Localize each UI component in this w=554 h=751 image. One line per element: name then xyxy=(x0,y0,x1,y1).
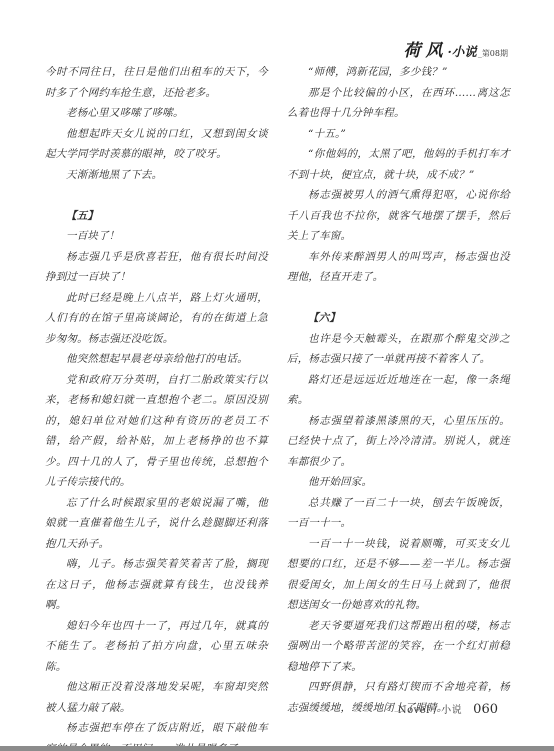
story-paragraph: 党和政府万分英明，自打二胎政策实行以来，老杨和媳妇就一直想抱个老二。原因没别的，… xyxy=(45,370,268,493)
story-paragraph: 那是个比较偏的小区，在西环……离这怎么着也得十几分钟车程。 xyxy=(287,83,510,124)
page-number: 060 xyxy=(473,702,498,717)
story-paragraph: 一百一十一块钱，说着顺嘴，可买支女儿想要的口红，还是不够——差一半儿。杨志强很爱… xyxy=(287,534,510,616)
section-heading: 【五】 xyxy=(45,185,268,226)
header-issue-label: _第08期 xyxy=(478,48,508,59)
story-paragraph: “十五。” xyxy=(287,124,510,145)
story-paragraph: 今时不同往日，往日是他们出租车的天下，今时多了个网约车抢生意，还抢老多。 xyxy=(45,62,268,103)
story-paragraph: 杨志强望着漆黑漆黑的天，心里压压的。已经快十点了，街上冷冷清清。别说人，就连车都… xyxy=(287,411,510,473)
story-paragraph: 嗨，儿子。杨志强笑着笑着苦了脸，搁现在这日子，他杨志强就算有钱生，也没钱养啊。 xyxy=(45,554,268,616)
story-paragraph: 天渐渐地黑了下去。 xyxy=(45,165,268,186)
page-footer: Novel / 小说 060 xyxy=(398,698,498,717)
right-column: “师傅，鸿新花园，多少钱？”那是个比较偏的小区，在西环……离这怎么着也得十几分钟… xyxy=(287,62,510,751)
footer-section-label: Novel / 小说 xyxy=(398,705,462,716)
story-paragraph: “你他妈的，太黑了吧，他妈的手机打车才不到十块，便宜点，就十块，成不成？” xyxy=(287,144,510,185)
story-paragraph: 老天爷要逼死我们这帮跑出租的喽，杨志强咧出一个略带苦涩的笑容，在一个红灯前稳稳地… xyxy=(287,616,510,678)
story-paragraph: 他突然想起早晨老母亲给他打的电话。 xyxy=(45,349,268,370)
story-paragraph: 此时已经是晚上八点半，路上灯火通明，人们有的在馆子里高谈阔论，有的在街道上急步匆… xyxy=(45,288,268,350)
left-column: 今时不同往日，往日是他们出租车的天下，今时多了个网约车抢生意，还抢老多。老杨心里… xyxy=(45,62,268,751)
story-paragraph: 媳妇今年也四十一了，再过几年，就真的不能生了。老杨拍了拍方向盘，心里五味杂陈。 xyxy=(45,616,268,678)
page-bottom-edge xyxy=(0,746,554,751)
header-section-label: ·小说 xyxy=(447,42,476,60)
story-paragraph: 他这厢正没着没落地发呆呢，车窗却突然被人猛力敲了敲。 xyxy=(45,677,268,718)
story-paragraph: 杨志强被男人的酒气熏得犯呕，心说你给千八百我也不拉你，就客气地摆了摆手，然后关上… xyxy=(287,185,510,247)
page-header: 荷风 ·小说 _第08期 xyxy=(403,36,508,61)
story-text-columns: 今时不同往日，往日是他们出租车的天下，今时多了个网约车抢生意，还抢老多。老杨心里… xyxy=(45,62,510,751)
story-paragraph: 他想起昨天女儿说的口红，又想到闺女谈起大学同学时羡慕的眼神，咬了咬牙。 xyxy=(45,124,268,165)
story-paragraph: 他开始回家。 xyxy=(287,472,510,493)
magazine-title: 荷风 xyxy=(403,36,447,61)
story-paragraph: 车外传来醉酒男人的叫骂声，杨志强也没理他，径直开走了。 xyxy=(287,247,510,288)
story-paragraph: 杨志强几乎是欣喜若狂，他有很长时间没挣到过一百块了！ xyxy=(45,247,268,288)
story-paragraph: 总共赚了一百二十一块，刨去午饭晚饭，一百一十一。 xyxy=(287,493,510,534)
story-paragraph: 路灯还是远远近近地连在一起，像一条绳索。 xyxy=(287,370,510,411)
section-heading: 【六】 xyxy=(287,288,510,329)
story-paragraph: 忘了什么时候跟家里的老娘说漏了嘴，他娘就一直催着他生儿子，说什么趁腿脚还利落抱几… xyxy=(45,493,268,555)
story-paragraph: 一百块了！ xyxy=(45,226,268,247)
story-paragraph: “师傅，鸿新花园，多少钱？” xyxy=(287,62,510,83)
story-paragraph: 也许是今天触霉头，在跟那个醉鬼交涉之后，杨志强只接了一单就再接不着客人了。 xyxy=(287,329,510,370)
story-paragraph: 老杨心里又哆嗦了哆嗦。 xyxy=(45,103,268,124)
magazine-page: 荷风 ·小说 _第08期 今时不同往日，往日是他们出租车的天下，今时多了个网约车… xyxy=(0,0,554,751)
